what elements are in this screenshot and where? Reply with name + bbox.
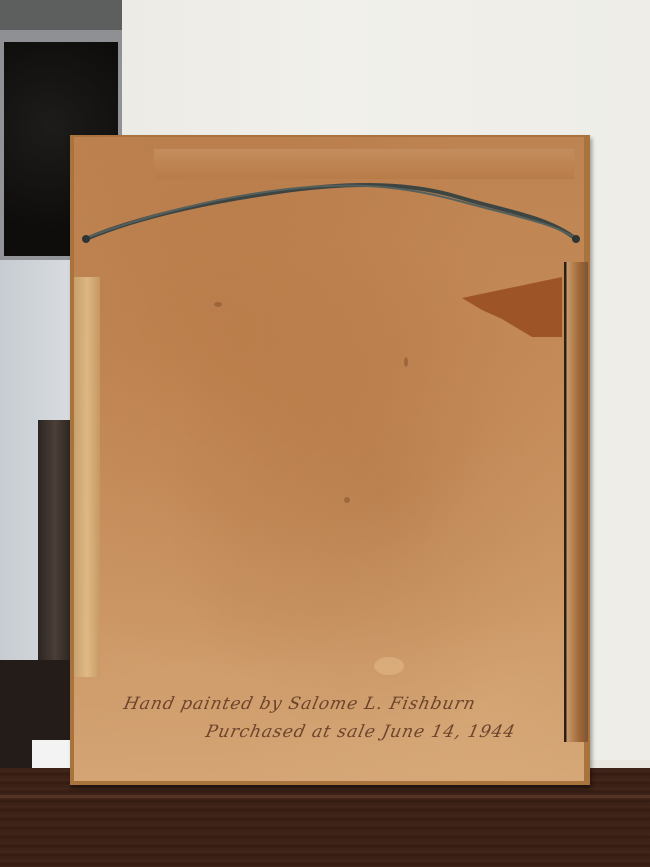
stain-spot (214, 302, 222, 307)
hanging-wire-icon (78, 157, 588, 247)
water-stain (374, 657, 404, 675)
torn-paper-patch (462, 277, 562, 337)
kraft-paper-backing: Hand painted by Salome L. Fishburn Purch… (74, 137, 584, 781)
inscription-line-1: Hand painted by Salome L. Fishburn (122, 694, 478, 714)
stain-spot (344, 497, 350, 503)
shelf-edge (0, 795, 650, 798)
inscription-line-2: Purchased at sale June 14, 1944 (204, 722, 517, 742)
right-frame-rail (564, 262, 588, 742)
stain-spot (404, 357, 408, 367)
frame-back: Hand painted by Salome L. Fishburn Purch… (70, 135, 590, 785)
left-frame-rail (74, 277, 100, 677)
